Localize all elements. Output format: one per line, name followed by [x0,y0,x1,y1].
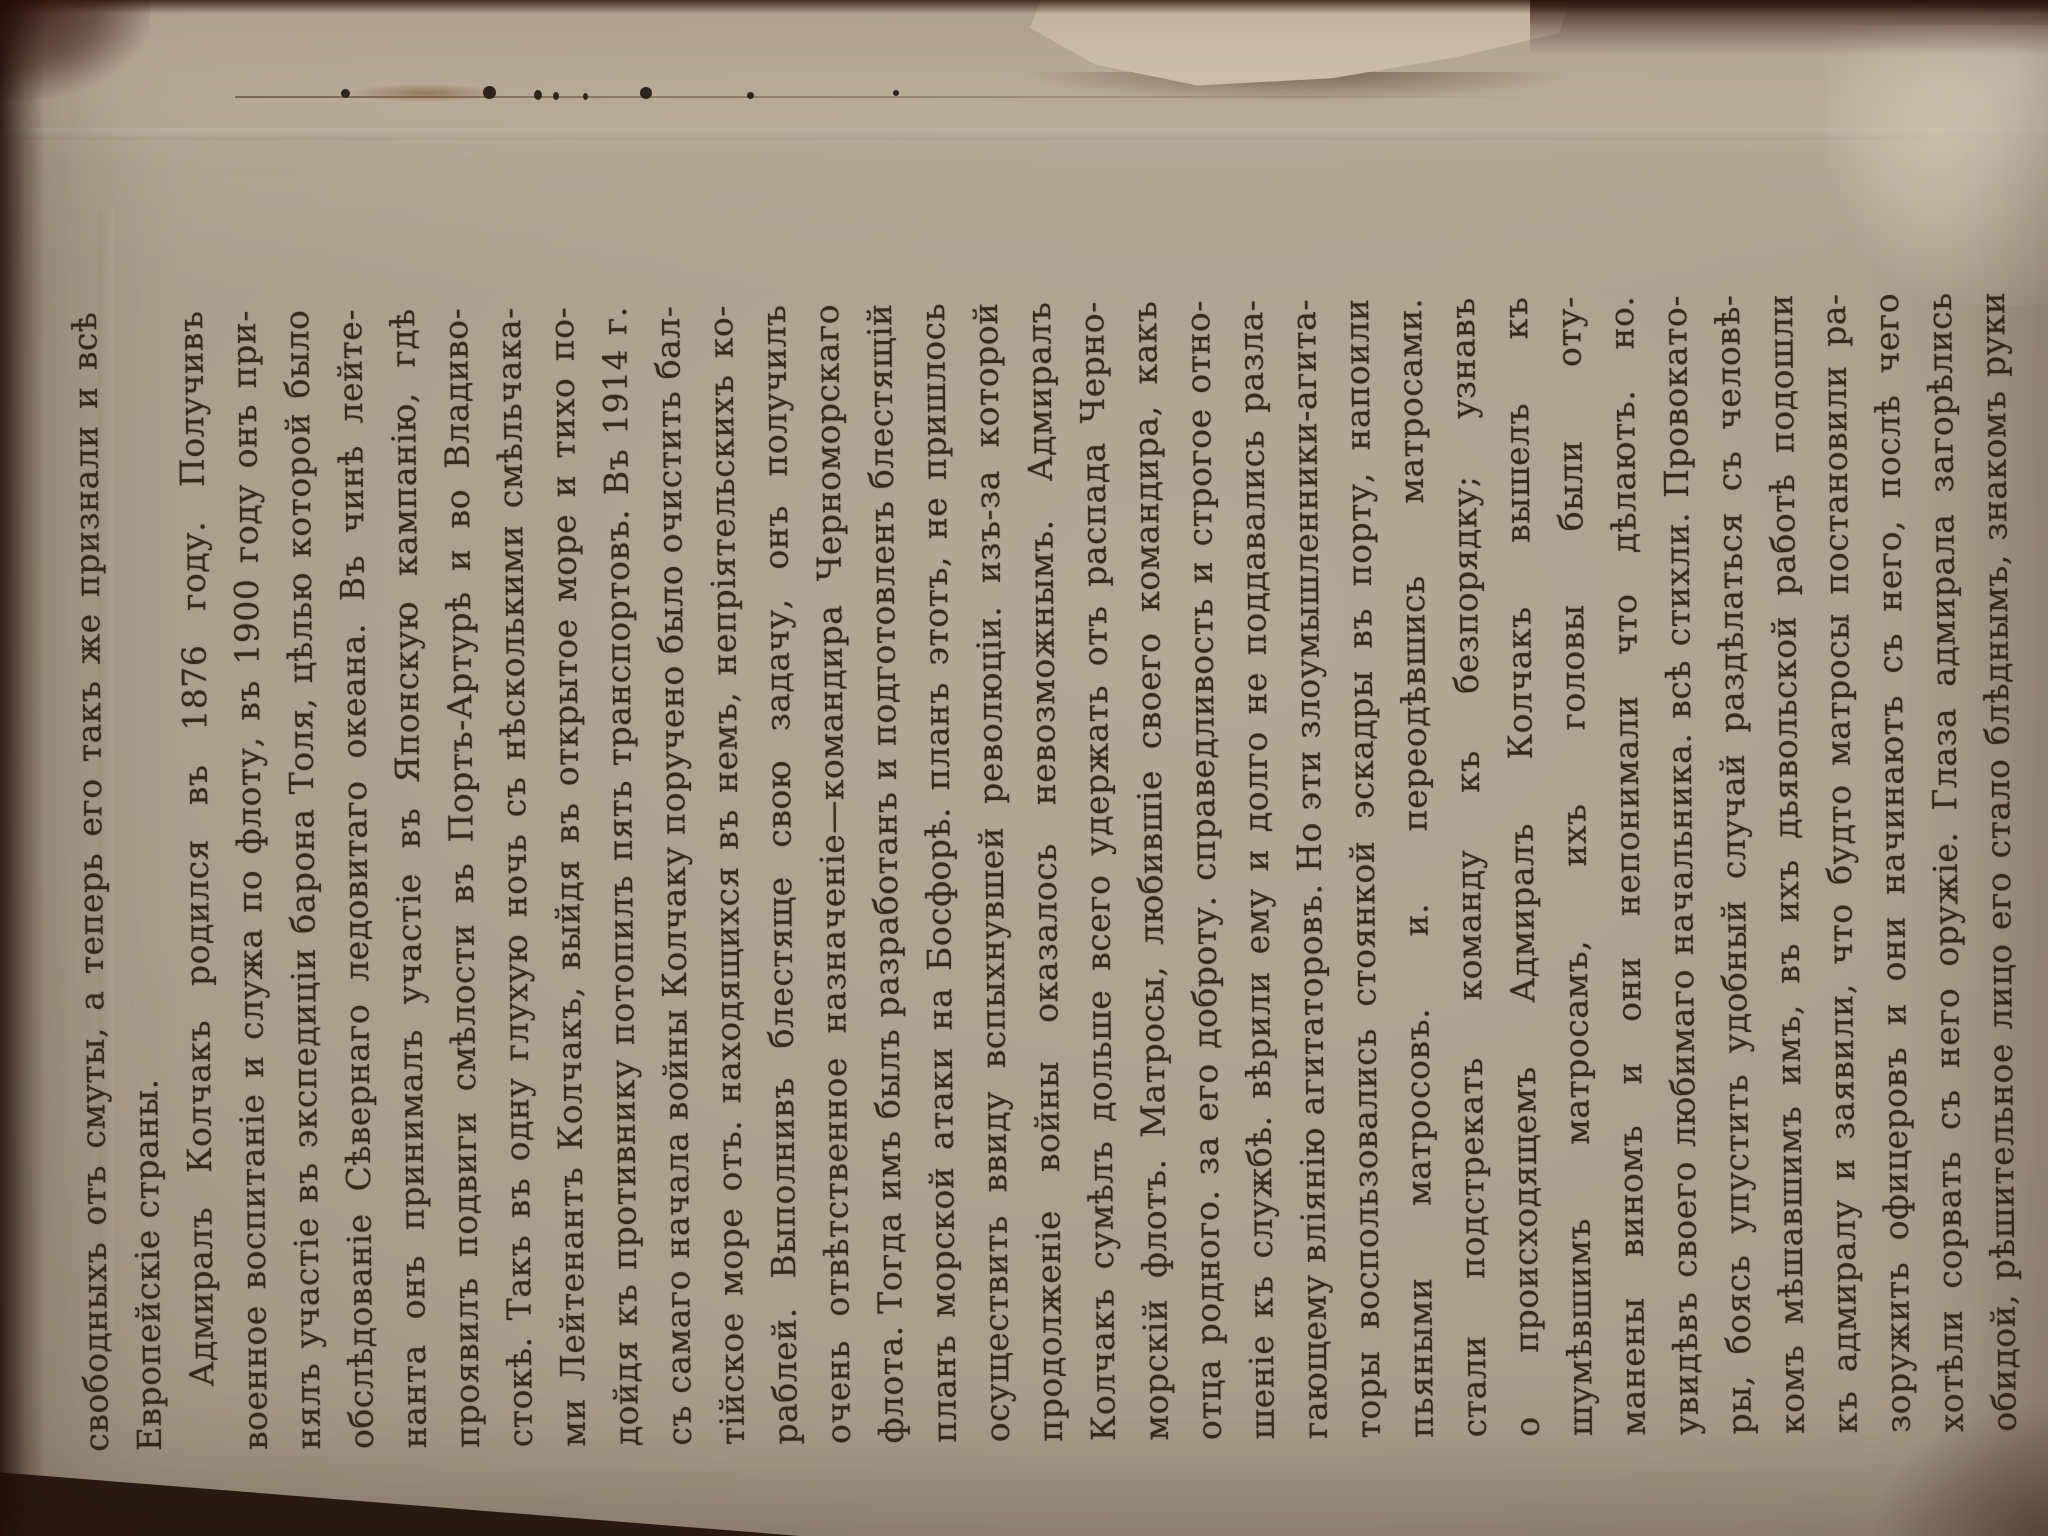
stitch-mark [640,87,652,99]
stitch-mark [483,86,496,99]
stitch-mark [534,90,542,100]
dark-corner-top-left [0,0,150,100]
dark-edge-top [0,0,2048,14]
torn-paper-shadow [1025,72,1570,102]
dark-edge-top-right [1530,0,2048,55]
binding-stitch-line [235,96,1555,98]
stitch-mark [553,92,559,100]
stitch-mark [583,93,588,100]
page-corner-highlight [1825,25,2048,305]
stitch-mark [893,90,899,96]
dark-edge-left [0,0,45,1536]
horizontal-crease [0,128,2048,140]
stitch-mark [341,89,350,98]
torn-paper-corner [1030,0,1570,92]
book-page-photo: свободныхъ отъ смуты, а теперь его такъ … [0,0,2048,1536]
stitch-mark [747,92,754,99]
text-line: обидой, рѣшительное лицо его стало блѣдн… [1966,292,2031,1432]
page-text: свободныхъ отъ смуты, а теперь его такъ … [58,292,2031,1452]
ink-smudge [350,84,500,102]
